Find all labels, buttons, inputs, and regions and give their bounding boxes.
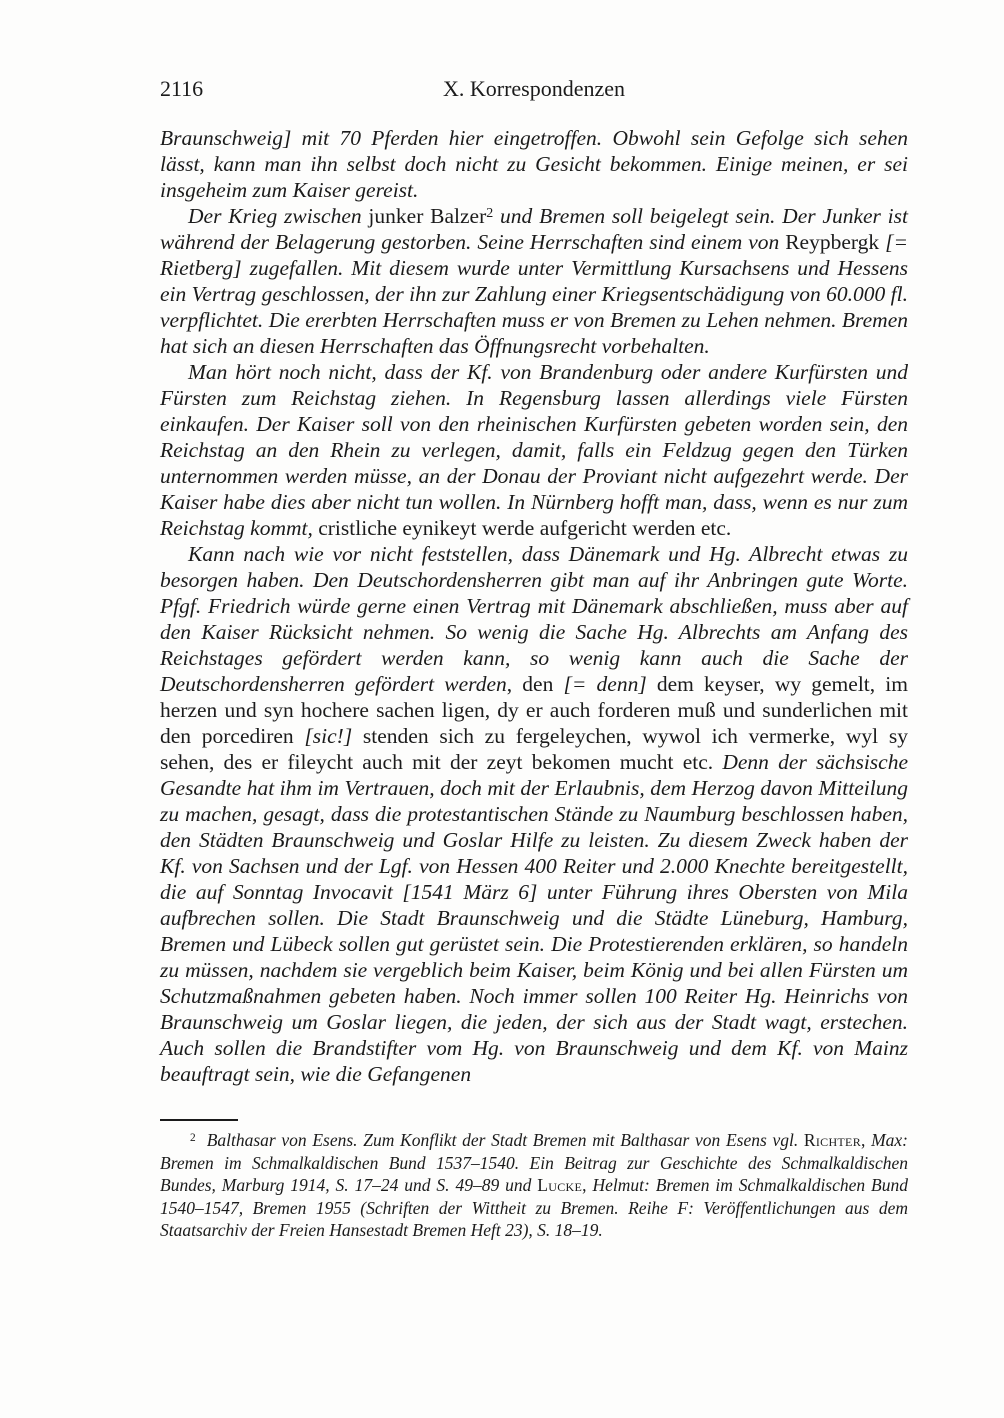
text-segment: Denn der sächsische Gesandte hat ihm im … (160, 750, 908, 1086)
text-segment: Lucke (537, 1175, 582, 1195)
running-head-title: X. Korrespondenzen (160, 76, 908, 102)
book-page: 2116 X. Korrespondenzen Braunschweig] mi… (0, 0, 1004, 1418)
text-segment: Man hört noch nicht, dass der Kf. von Br… (160, 360, 908, 540)
text-column: 2116 X. Korrespondenzen Braunschweig] mi… (160, 76, 908, 1242)
text-segment: cristliche eynikeyt werde aufgericht wer… (318, 516, 731, 540)
paragraph: Kann nach wie vor nicht feststellen, das… (160, 541, 908, 1087)
paragraph: Der Krieg zwischen junker Balzer2 und Br… (160, 203, 908, 359)
main-text-block: Braunschweig] mit 70 Pferden hier einget… (160, 125, 908, 1087)
page-number: 2116 (160, 76, 203, 102)
footnote: 2Balthasar von Esens. Zum Konflikt der S… (160, 1129, 908, 1242)
text-segment: [sic!] (304, 724, 352, 748)
text-segment: Richter (804, 1130, 861, 1150)
paragraph: Man hört noch nicht, dass der Kf. von Br… (160, 359, 908, 541)
text-segment: , den (507, 672, 564, 696)
footnote-marker: 2 (190, 1132, 196, 1144)
footnote-reference: 2 (486, 206, 493, 221)
text-segment: Der Krieg zwischen (188, 204, 368, 228)
text-segment: Reypbergk (785, 230, 879, 254)
running-header: 2116 X. Korrespondenzen (160, 76, 908, 104)
footnote-separator-rule (160, 1119, 238, 1121)
text-segment: Balthasar von Esens. Zum Konflikt der St… (207, 1130, 804, 1150)
paragraph: Braunschweig] mit 70 Pferden hier einget… (160, 125, 908, 203)
text-segment: junker Balzer (368, 204, 486, 228)
text-segment: , (861, 1130, 871, 1150)
text-segment: Braunschweig] mit 70 Pferden hier einget… (160, 126, 908, 202)
text-segment: [= denn] (564, 672, 647, 696)
footnote-block: 2Balthasar von Esens. Zum Konflikt der S… (160, 1129, 908, 1242)
text-segment: , (582, 1175, 592, 1195)
